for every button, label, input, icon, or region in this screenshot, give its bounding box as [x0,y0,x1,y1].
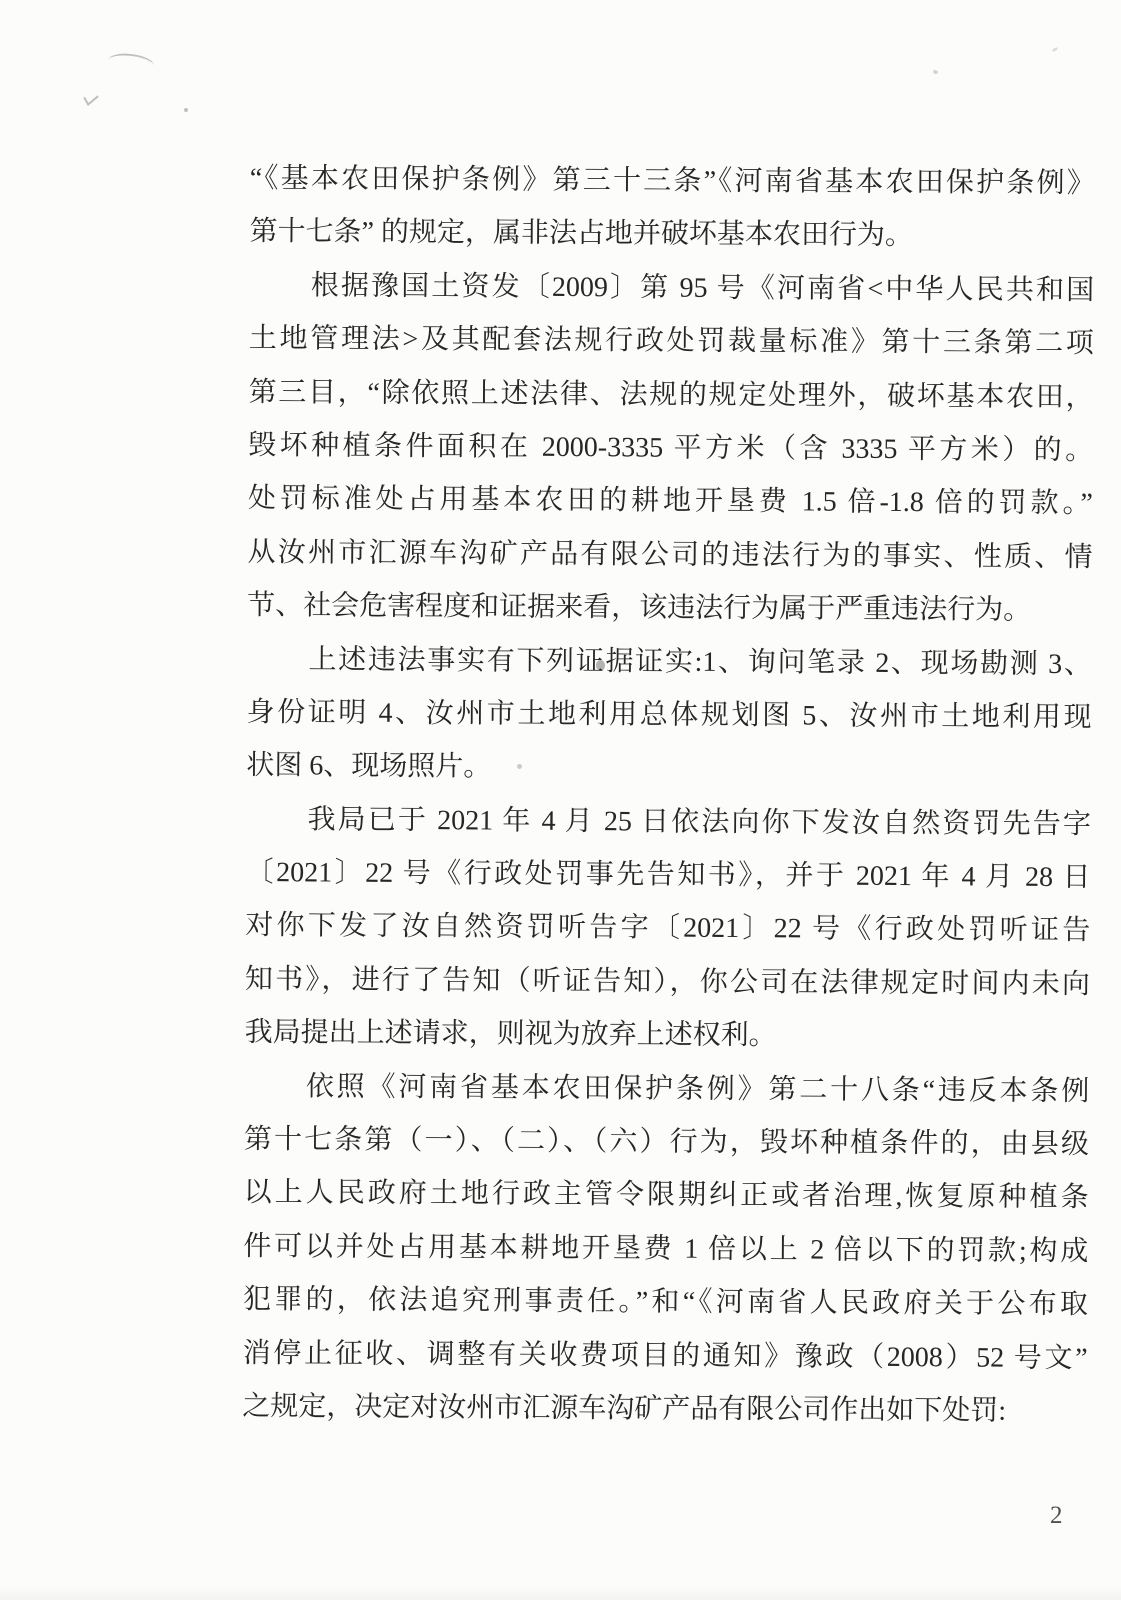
document-line: 毁坏种植条件面积在 2000-3335 平方米（含 3335 平方米）的。 [248,419,1093,478]
document-line: 土地管理法>及其配套法规行政处罚裁量标准》第十三条第二项 [249,312,1094,371]
document-line: 身份证明 4、汝州市土地利用总体规划图 5、汝州市土地利用现 [246,686,1091,745]
document-line: 处罚标准处占用基本农田的耕地开垦费 1.5 倍-1.8 倍的罚款。” [248,472,1093,531]
document-line: 以上人民政府土地行政主管令限期纠正或者治理,恢复原种植条 [243,1166,1088,1225]
document-line: 之规定，决定对汝州市汇源车沟矿产品有限公司作出如下处罚: [242,1380,1087,1439]
scan-speck [83,89,98,106]
scan-speck [107,51,155,74]
document-line: 我局已于 2021 年 4 月 25 日依法向你下发汝自然资罚先告字 [246,793,1091,852]
document-line: 件可以并处占用基本耕地开垦费 1 倍以上 2 倍以下的罚款;构成 [243,1220,1088,1279]
document-line: 根据豫国土资发〔2009〕第 95 号《河南省<中华人民共和国 [249,259,1094,318]
document-line: 第十七条” 的规定，属非法占地并破坏基本农田行为。 [249,205,1094,264]
scan-edge-shadow [0,1586,1121,1600]
document-line: 节、社会危害程度和证据来看，该违法行为属于严重违法行为。 [247,579,1092,638]
document-line: “《基本农田保护条例》第三十三条”《河南省基本农田保护条例》 [250,152,1095,211]
scan-speck [932,69,938,74]
document-body: “《基本农田保护条例》第三十三条”《河南省基本农田保护条例》第十七条” 的规定，… [242,152,1095,1439]
document-line: 第十七条第（一）、（二）、（六）行为，毁坏种植条件的，由县级 [244,1113,1089,1172]
document-line: 〔2021〕22 号《行政处罚事先告知书》，并于 2021 年 4 月 28 日 [245,846,1090,905]
document-line: 依照《河南省基本农田保护条例》第二十八条“违反本条例 [244,1060,1089,1119]
document-line: 第三目，“除依照上述法律、法规的规定处理外，破坏基本农田， [248,366,1093,425]
document-line: 知书》，进行了告知（听证告知），你公司在法律规定时间内未向 [245,953,1090,1012]
document-line: 状图 6、现场照片。 [246,739,1091,798]
document-line: 消停止征收、调整有关收费项目的通知》豫政（2008）52 号文” [242,1327,1087,1386]
document-line: 犯罪的，依法追究刑事责任。”和“《河南省人民政府关于公布取 [243,1273,1088,1332]
document-line: 上述违法事实有下列证据证实:1、询问笔录 2、现场勘测 3、 [247,633,1092,692]
scanned-document-page: { "page": { "number": "2" }, "document":… [0,0,1121,1600]
page-number: 2 [1050,1502,1063,1530]
document-line: 我局提出上述请求，则视为放弃上述权利。 [244,1006,1089,1065]
scan-speck [1052,47,1059,53]
document-line: 从汝州市汇源车沟矿产品有限公司的违法行为的事实、性质、情 [247,526,1092,585]
scan-speck [184,108,188,112]
document-line: 对你下发了汝自然资罚听告字〔2021〕22 号《行政处罚听证告 [245,899,1090,958]
